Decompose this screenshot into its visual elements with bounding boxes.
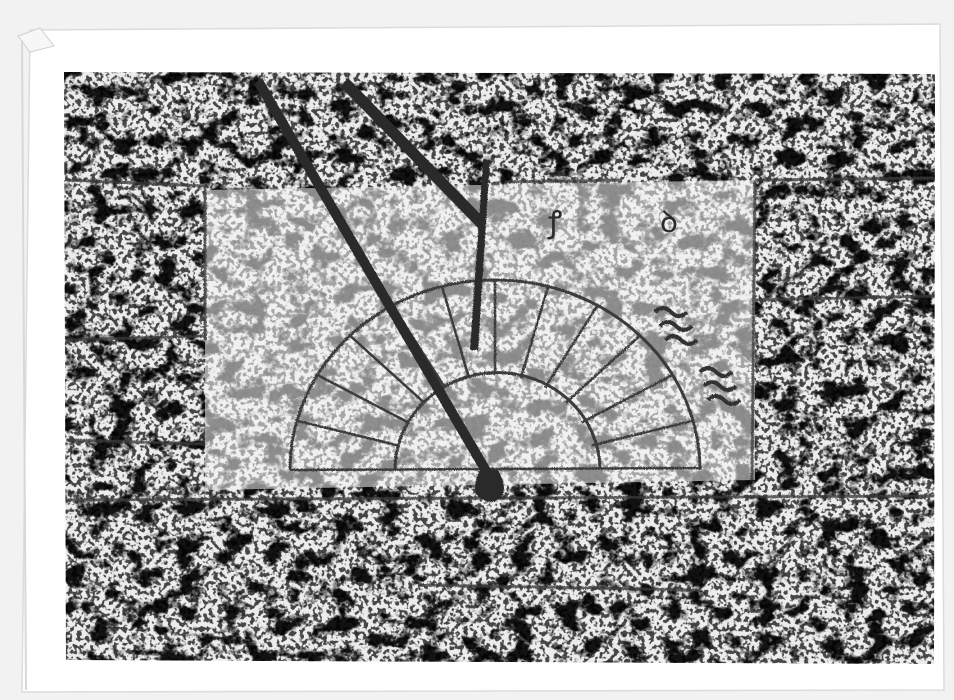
- stone-wall: [60, 70, 940, 670]
- glyph-right: ꝺ: [660, 205, 678, 240]
- glyph-left: ꝭ: [547, 205, 562, 240]
- sundial-photocopy: ꝭ ꝺ: [0, 0, 954, 700]
